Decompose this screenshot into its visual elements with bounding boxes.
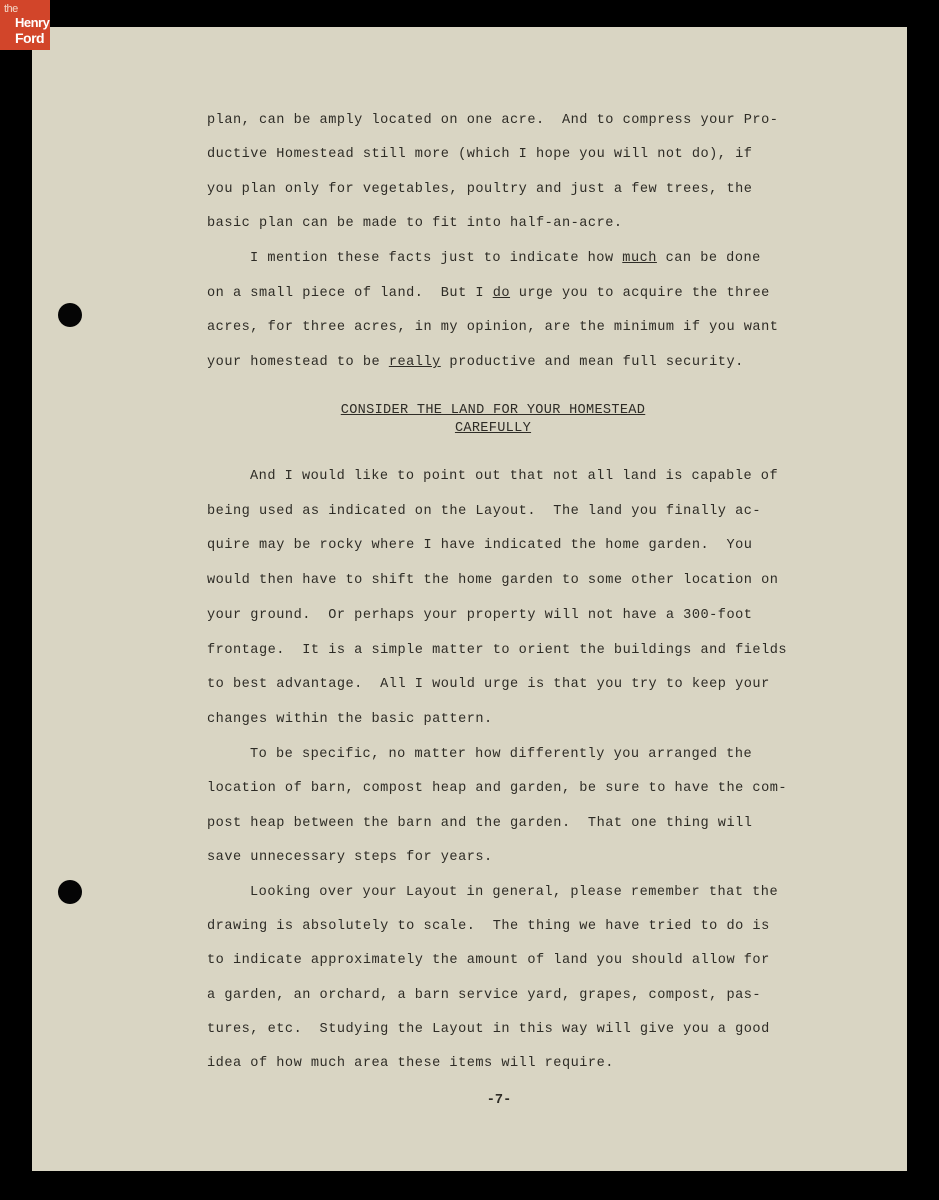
text-segment: your homestead to be [207, 355, 389, 370]
text-segment: on a small piece of land. But I [207, 286, 493, 301]
underlined-word: much [622, 251, 657, 266]
text-line: save unnecessary steps for years. [207, 850, 493, 865]
text-line: to best advantage. All I would urge is t… [207, 677, 770, 692]
text-line: a garden, an orchard, a barn service yar… [207, 988, 761, 1003]
text-segment: productive and mean full security. [441, 355, 744, 370]
punch-hole-top [58, 303, 82, 327]
text-line: you plan only for vegetables, poultry an… [207, 182, 752, 197]
text-segment: can be done [657, 251, 761, 266]
text-line: would then have to shift the home garden… [207, 573, 778, 588]
text-line: acres, for three acres, in my opinion, a… [207, 320, 778, 335]
text-segment: urge you to acquire the three [510, 286, 770, 301]
text-line: basic plan can be made to fit into half-… [207, 216, 623, 231]
text-line: your ground. Or perhaps your property wi… [207, 608, 752, 623]
section-heading-line1: CONSIDER THE LAND FOR YOUR HOMESTEAD [207, 403, 779, 418]
underlined-word: do [493, 286, 510, 301]
text-line: ductive Homestead still more (which I ho… [207, 147, 752, 162]
text-line: quire may be rocky where I have indicate… [207, 538, 752, 553]
underlined-word: really [389, 355, 441, 370]
text-line: plan, can be amply located on one acre. … [207, 113, 778, 128]
text-line: location of barn, compost heap and garde… [207, 781, 787, 796]
section-heading-line2: CAREFULLY [207, 421, 779, 436]
text-line: idea of how much area these items will r… [207, 1056, 614, 1071]
text-line: tures, etc. Studying the Layout in this … [207, 1022, 770, 1037]
punch-hole-bottom [58, 880, 82, 904]
text-line: Looking over your Layout in general, ple… [250, 885, 778, 900]
logo-ford: Ford [15, 30, 44, 46]
text-segment: I mention these facts just to indicate h… [250, 251, 622, 266]
logo-the: the [4, 3, 18, 15]
henry-ford-logo: the Henry Ford [0, 0, 50, 50]
text-line: on a small piece of land. But I do urge … [207, 286, 770, 301]
text-line: to indicate approximately the amount of … [207, 953, 770, 968]
text-line: drawing is absolutely to scale. The thin… [207, 919, 770, 934]
text-line: I mention these facts just to indicate h… [250, 251, 761, 266]
page-number: -7- [207, 1093, 791, 1108]
text-line: And I would like to point out that not a… [250, 469, 778, 484]
text-line: changes within the basic pattern. [207, 712, 493, 727]
text-line: frontage. It is a simple matter to orien… [207, 643, 787, 658]
text-line: your homestead to be really productive a… [207, 355, 744, 370]
text-line: post heap between the barn and the garde… [207, 816, 752, 831]
text-line: To be specific, no matter how differentl… [250, 747, 752, 762]
logo-henry: Henry [15, 15, 49, 30]
text-line: being used as indicated on the Layout. T… [207, 504, 761, 519]
